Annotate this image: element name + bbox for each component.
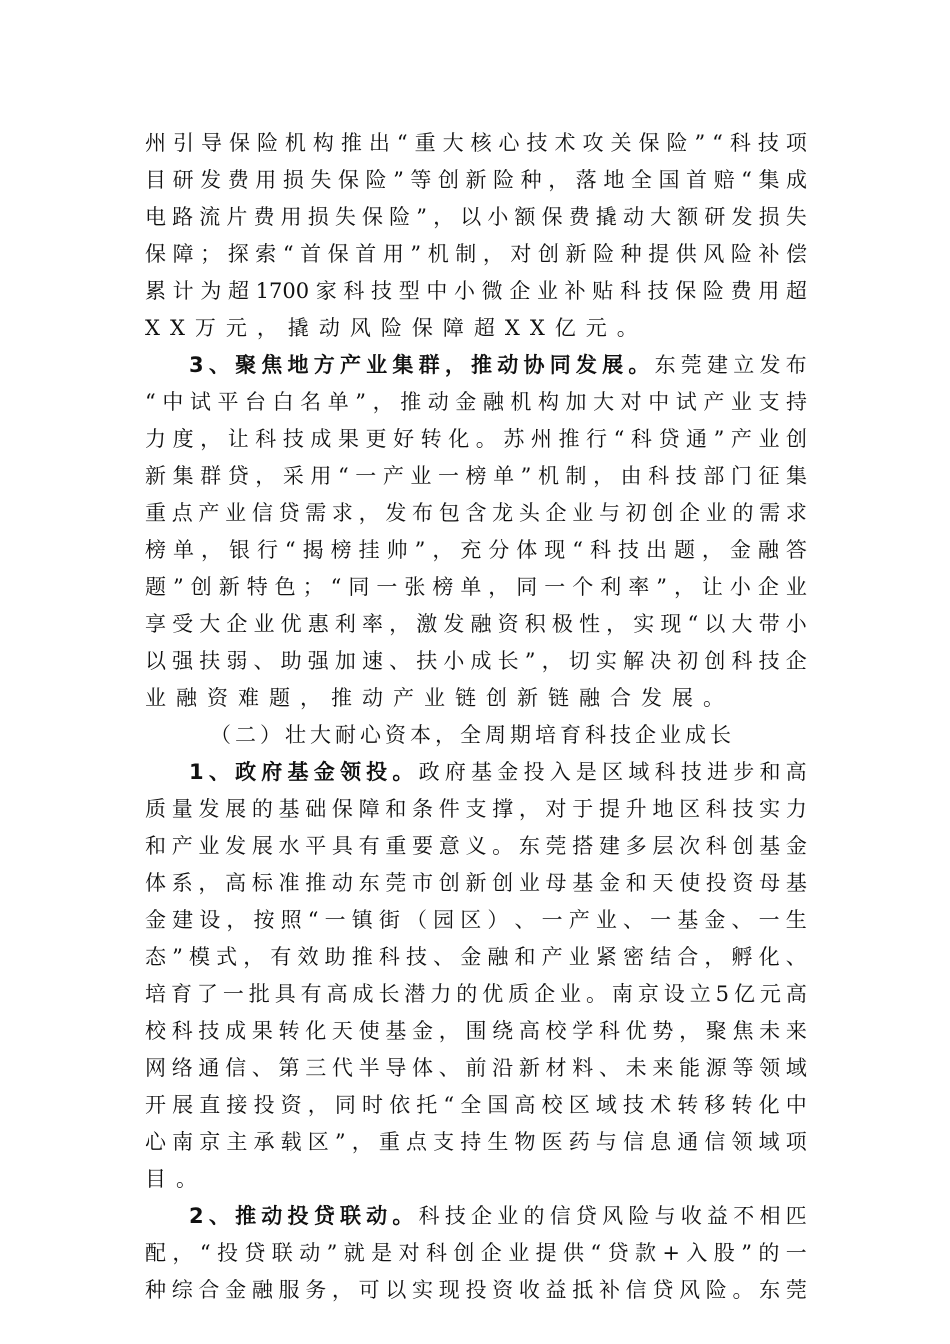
text-line: 和产业发展水平具有重要意义。东莞搭建多层次科创基金: [145, 828, 807, 865]
text-line: 开展直接投资，同时依托“全国高校区域技术转移转化中: [145, 1087, 807, 1124]
text-line: 题”创新特色；“同一张榜单，同一个利率”，让小企业: [145, 569, 807, 606]
text-line: 3、聚焦地方产业集群，推动协同发展。东莞建立发布: [145, 347, 807, 384]
line-text: （二）壮大耐心资本，全周期培育科技企业成长: [210, 717, 735, 754]
line-text: 业融资难题，推动产业链创新链融合发展。: [145, 680, 734, 717]
text-line: 培育了一批具有高成长潜力的优质企业。南京设立5亿元高: [145, 976, 807, 1013]
text-line: 以强扶弱、助强加速、扶小成长”，切实解决初创科技企: [145, 643, 807, 680]
text-line: 力度，让科技成果更好转化。苏州推行“科贷通”产业创: [145, 421, 807, 458]
text-line: 2、推动投贷联动。科技企业的信贷风险与收益不相匹: [145, 1198, 807, 1235]
text-line: 业融资难题，推动产业链创新链融合发展。: [145, 680, 807, 717]
line-text: XX万元，撬动风险保障超XX亿元。: [145, 310, 648, 347]
text-line: 保障；探索“首保首用”机制，对创新险种提供风险补偿: [145, 236, 807, 273]
text-line: “中试平台白名单”，推动金融机构加大对中试产业支持: [145, 384, 807, 421]
text-line: 重点产业信贷需求，发布包含龙头企业与初创企业的需求: [145, 495, 807, 532]
text-line: 目。: [145, 1161, 807, 1198]
text-line: 榜单，银行“揭榜挂帅”，充分体现“科技出题，金融答: [145, 532, 807, 569]
section-heading: （二）壮大耐心资本，全周期培育科技企业成长: [145, 717, 807, 754]
text-line: 金建设，按照“一镇街（园区）、一产业、一基金、一生: [145, 902, 807, 939]
text-line: 累计为超1700家科技型中小微企业补贴科技保险费用超: [145, 273, 807, 310]
document-body: 州引导保险机构推出“重大核心技术攻关保险”“科技项目研发费用损失保险”等创新险种…: [145, 125, 807, 1309]
line-text: 目。: [145, 1161, 207, 1198]
text-line: 种综合金融服务，可以实现投资收益抵补信贷风险。东莞: [145, 1272, 807, 1309]
text-line: 体系，高标准推动东莞市创新创业母基金和天使投资母基: [145, 865, 807, 902]
document-page: 州引导保险机构推出“重大核心技术攻关保险”“科技项目研发费用损失保险”等创新险种…: [0, 0, 950, 1344]
text-line: XX万元，撬动风险保障超XX亿元。: [145, 310, 807, 347]
text-line: 电路流片费用损失保险”，以小额保费撬动大额研发损失: [145, 199, 807, 236]
text-line: 心南京主承载区”，重点支持生物医药与信息通信领域项: [145, 1124, 807, 1161]
text-line: 享受大企业优惠利率，激发融资积极性，实现“以大带小: [145, 606, 807, 643]
text-line: 网络通信、第三代半导体、前沿新材料、未来能源等领域: [145, 1050, 807, 1087]
text-line: 配，“投贷联动”就是对科创企业提供“贷款+入股”的一: [145, 1235, 807, 1272]
text-line: 质量发展的基础保障和条件支撑，对于提升地区科技实力: [145, 791, 807, 828]
text-line: 1、政府基金领投。政府基金投入是区域科技进步和高: [145, 754, 807, 791]
text-line: 新集群贷，采用“一产业一榜单”机制，由科技部门征集: [145, 458, 807, 495]
text-line: 目研发费用损失保险”等创新险种，落地全国首赔“集成: [145, 162, 807, 199]
text-line: 州引导保险机构推出“重大核心技术攻关保险”“科技项: [145, 125, 807, 162]
text-line: 态”模式，有效助推科技、金融和产业紧密结合，孵化、: [145, 939, 807, 976]
text-line: 校科技成果转化天使基金，围绕高校学科优势，聚焦未来: [145, 1013, 807, 1050]
